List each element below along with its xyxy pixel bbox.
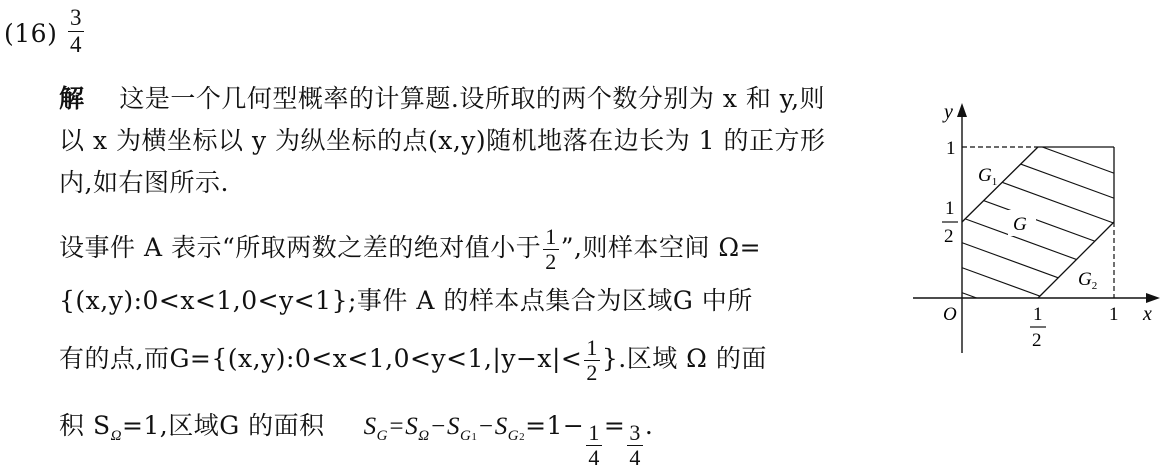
- y-tick-1: 1: [946, 138, 956, 159]
- probability-region-figure: y x O 1 1 2 1 2 1 G1 G G2: [0, 0, 1163, 472]
- origin-label: O: [943, 304, 957, 325]
- x-tick-1: 1: [1109, 304, 1119, 325]
- region-g1-label: G1: [978, 165, 997, 188]
- region-g2-label: G2: [1078, 269, 1097, 292]
- x-axis-label: x: [1142, 303, 1152, 325]
- x-tick-half-num: 1: [1033, 304, 1043, 325]
- y-tick-half-den: 2: [944, 226, 954, 247]
- boundary-y-eq-x-minus-half: [1038, 222, 1114, 298]
- y-tick-half-num: 1: [945, 198, 955, 219]
- x-tick-half-den: 2: [1032, 330, 1042, 351]
- y-axis-arrow-icon: [957, 103, 967, 117]
- x-axis-arrow-icon: [1146, 293, 1160, 303]
- y-axis-label: y: [942, 101, 953, 123]
- region-g-label: G: [1013, 214, 1027, 235]
